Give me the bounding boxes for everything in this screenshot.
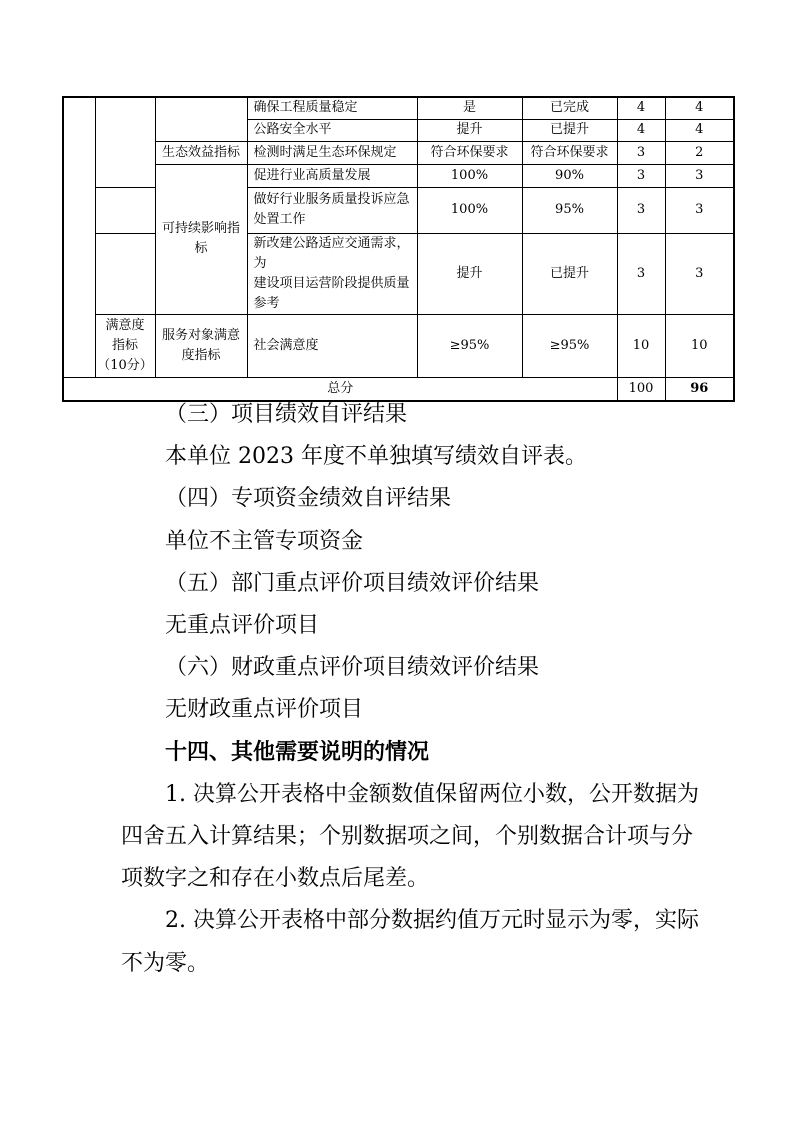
cell-indicator: 促进行业高质量发展 bbox=[247, 164, 417, 187]
section-6-body: 无财政重点评价项目 bbox=[121, 689, 721, 731]
cell-max-score: 4 bbox=[617, 119, 665, 141]
section-heading-4: （四）专项资金绩效自评结果 bbox=[121, 478, 721, 520]
note-1-line-2: 四舍五入计算结果；个别数据项之间，个别数据合计项与分 bbox=[121, 816, 721, 858]
group-cell-empty-col2-b bbox=[95, 187, 155, 233]
cell-actual: 已完成 bbox=[522, 97, 617, 119]
note-1-line-3: 项数字之和存在小数点后尾差。 bbox=[121, 858, 721, 900]
note-2-line-1: 2. 决算公开表格中部分数据约值万元时显示为零，实际 bbox=[121, 900, 721, 942]
table-row: 可持续影响指 标 促进行业高质量发展 100% 90% 3 3 bbox=[63, 164, 734, 187]
cell-actual: 95% bbox=[522, 187, 617, 233]
cell-score: 10 bbox=[665, 314, 734, 377]
cell-score: 2 bbox=[665, 141, 734, 164]
cell-target: 提升 bbox=[417, 119, 522, 141]
cell-indicator: 公路安全水平 bbox=[247, 119, 417, 141]
cell-target: 符合环保要求 bbox=[417, 141, 522, 164]
group-cell-empty-col3 bbox=[155, 97, 247, 141]
group-cell-empty-col1 bbox=[63, 97, 95, 377]
cell-target: 提升 bbox=[417, 233, 522, 314]
cell-max-score: 3 bbox=[617, 141, 665, 164]
cell-max-score: 3 bbox=[617, 187, 665, 233]
group-cell-empty-col2-a bbox=[95, 97, 155, 187]
section-heading-5: （五）部门重点评价项目绩效评价结果 bbox=[121, 563, 721, 605]
group-cell-eco-benefit: 生态效益指标 bbox=[155, 141, 247, 164]
note-2-line-2: 不为零。 bbox=[121, 943, 721, 985]
cell-indicator: 做好行业服务质量投诉应急 处置工作 bbox=[247, 187, 417, 233]
cell-score: 4 bbox=[665, 119, 734, 141]
table-row: 满意度 指标 （10分） 服务对象满意 度指标 社会满意度 ≥95% ≥95% … bbox=[63, 314, 734, 377]
group-cell-sustainability: 可持续影响指 标 bbox=[155, 164, 247, 314]
section-heading-6: （六）财政重点评价项目绩效评价结果 bbox=[121, 647, 721, 689]
cell-score: 3 bbox=[665, 187, 734, 233]
section-5-body: 无重点评价项目 bbox=[121, 605, 721, 647]
group-cell-satisfaction: 满意度 指标 （10分） bbox=[95, 314, 155, 377]
section-heading-14: 十四、其他需要说明的情况 bbox=[121, 732, 721, 774]
cell-indicator: 社会满意度 bbox=[247, 314, 417, 377]
content-section: （三）项目绩效自评结果 本单位 2023 年度不单独填写绩效自评表。 （四）专项… bbox=[121, 394, 721, 985]
cell-max-score: 3 bbox=[617, 164, 665, 187]
cell-target: 100% bbox=[417, 187, 522, 233]
table-row: 确保工程质量稳定 是 已完成 4 4 bbox=[63, 97, 734, 119]
cell-max-score: 4 bbox=[617, 97, 665, 119]
performance-indicator-table: 确保工程质量稳定 是 已完成 4 4 公路安全水平 提升 已提升 4 4 生态效… bbox=[62, 96, 735, 402]
cell-max-score: 3 bbox=[617, 233, 665, 314]
cell-indicator: 检测时满足生态环保规定 bbox=[247, 141, 417, 164]
section-heading-3: （三）项目绩效自评结果 bbox=[121, 394, 721, 436]
cell-score: 3 bbox=[665, 233, 734, 314]
cell-actual: 符合环保要求 bbox=[522, 141, 617, 164]
cell-actual: 已提升 bbox=[522, 119, 617, 141]
cell-indicator: 新改建公路适应交通需求，为 建设项目运营阶段提供质量 参考 bbox=[247, 233, 417, 314]
group-cell-service-target: 服务对象满意 度指标 bbox=[155, 314, 247, 377]
cell-indicator: 确保工程质量稳定 bbox=[247, 97, 417, 119]
cell-actual: 90% bbox=[522, 164, 617, 187]
note-1-line-1: 1. 决算公开表格中金额数值保留两位小数，公开数据为 bbox=[121, 774, 721, 816]
cell-actual: 已提升 bbox=[522, 233, 617, 314]
cell-target: ≥95% bbox=[417, 314, 522, 377]
group-cell-empty-col2-c bbox=[95, 233, 155, 314]
cell-actual: ≥95% bbox=[522, 314, 617, 377]
cell-max-score: 10 bbox=[617, 314, 665, 377]
section-3-body: 本单位 2023 年度不单独填写绩效自评表。 bbox=[121, 436, 721, 478]
cell-target: 是 bbox=[417, 97, 522, 119]
cell-score: 4 bbox=[665, 97, 734, 119]
section-4-body: 单位不主管专项资金 bbox=[121, 521, 721, 563]
table-row: 生态效益指标 检测时满足生态环保规定 符合环保要求 符合环保要求 3 2 bbox=[63, 141, 734, 164]
document-page: 确保工程质量稳定 是 已完成 4 4 公路安全水平 提升 已提升 4 4 生态效… bbox=[0, 0, 793, 1122]
cell-target: 100% bbox=[417, 164, 522, 187]
cell-score: 3 bbox=[665, 164, 734, 187]
